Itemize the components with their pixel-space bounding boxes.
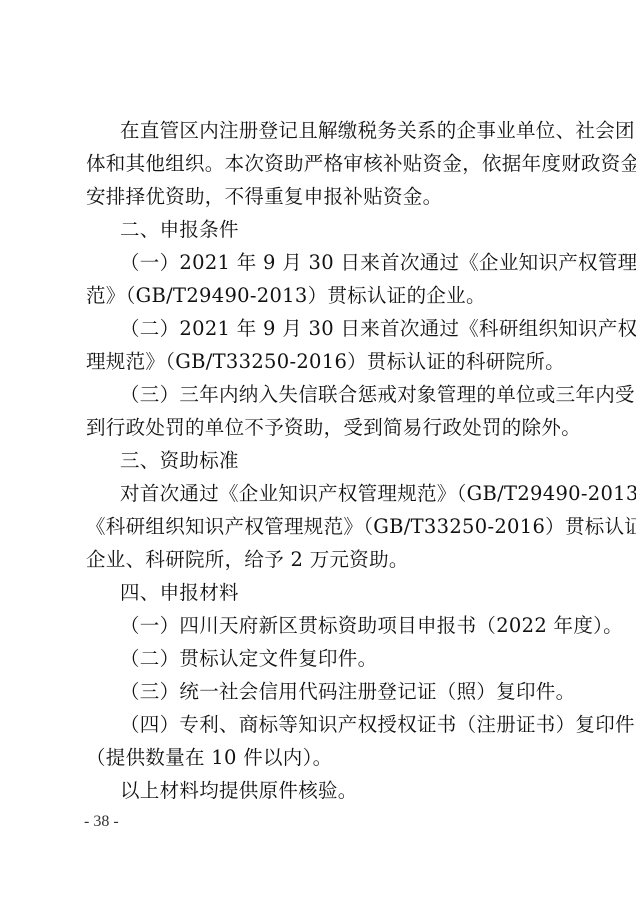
list-item: （三）统一社会信用代码注册登记证（照）复印件。 [120,680,561,704]
paragraph-line: （提供数量在 10 件以内）。 [86,746,561,770]
list-item: （四）专利、商标等知识产权授权证书（注册证书）复印件 [120,713,561,737]
paragraph-line: 企业、科研院所，给予 2 万元资助。 [86,548,561,572]
list-item: （一）四川天府新区贯标资助项目申报书（2022 年度）。 [120,614,561,638]
page-number: - 38 - [84,813,119,831]
paragraph-line: （三）三年内纳入失信联合惩戒对象管理的单位或三年内受 [120,383,561,407]
paragraph-line: 《科研组织知识产权管理规范》（GB/T33250-2016）贯标认证的 [86,515,561,539]
section-heading-conditions: 二、申报条件 [120,218,561,242]
paragraph-line: 在直管区内注册登记且解缴税务关系的企事业单位、社会团 [120,119,561,143]
section-heading-materials: 四、申报材料 [120,581,561,605]
list-item: （二）贯标认定文件复印件。 [120,647,561,671]
paragraph-line: 对首次通过《企业知识产权管理规范》（GB/T29490-2013）、 [120,482,561,506]
paragraph-line: 理规范》（GB/T33250-2016）贯标认证的科研院所。 [86,350,561,374]
paragraph-line: 体和其他组织。本次资助严格审核补贴资金，依据年度财政资金 [86,152,561,176]
document-page: 在直管区内注册登记且解缴税务关系的企事业单位、社会团 体和其他组织。本次资助严格… [0,0,636,900]
paragraph-line: 到行政处罚的单位不予资助，受到简易行政处罚的除外。 [86,416,561,440]
paragraph-line: （一）2021 年 9 月 30 日来首次通过《企业知识产权管理规 [120,251,561,275]
paragraph-line: 范》（GB/T29490-2013）贯标认证的企业。 [86,284,561,308]
paragraph-line: 以上材料均提供原件核验。 [120,779,561,803]
paragraph-line: （二）2021 年 9 月 30 日来首次通过《科研组织知识产权管 [120,317,561,341]
section-heading-standards: 三、资助标准 [120,449,561,473]
paragraph-line: 安排择优资助，不得重复申报补贴资金。 [86,185,561,209]
